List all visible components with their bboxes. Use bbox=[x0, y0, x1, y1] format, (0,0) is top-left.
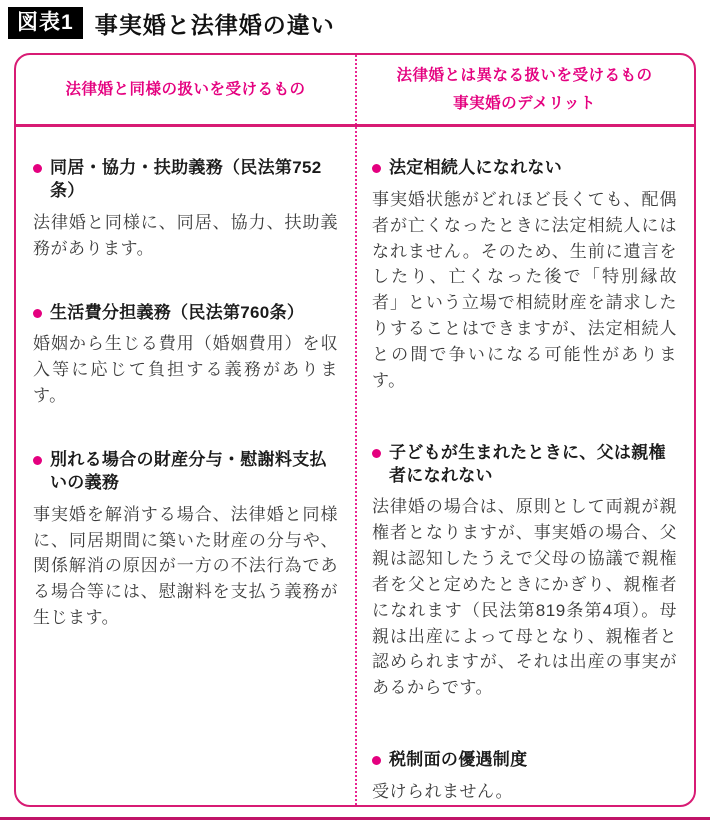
bullet-icon bbox=[33, 164, 42, 173]
bottom-divider bbox=[0, 817, 710, 820]
item-heading: 子どもが生まれたときに、父は親権者になれない bbox=[372, 442, 677, 488]
item-body: 受けられません。 bbox=[372, 779, 677, 805]
item-heading-text: 子どもが生まれたときに、父は親権者になれない bbox=[389, 442, 677, 488]
right-column: 法定相続人になれない 事実婚状態がどれほど長くても、配偶者が亡くなったときに法定… bbox=[355, 127, 694, 805]
left-header-label: 法律婚と同様の扱いを受けるもの bbox=[65, 76, 305, 103]
bullet-icon bbox=[372, 164, 381, 173]
item-heading-text: 別れる場合の財産分与・慰謝料支払いの義務 bbox=[50, 449, 338, 495]
figure-title-row: 図表1 事実婚と法律婚の違い bbox=[0, 0, 710, 40]
bullet-icon bbox=[372, 449, 381, 458]
item-heading-text: 税制面の優遇制度 bbox=[389, 749, 527, 772]
item-body: 事実婚を解消する場合、法律婚と同様に、同居期間に築いた財産の分与や、関係解消の原… bbox=[33, 502, 338, 631]
item-heading: 同居・協力・扶助義務（民法第752条） bbox=[33, 157, 338, 203]
item-body: 婚姻から生じる費用（婚姻費用）を収入等に応じて負担する義務があります。 bbox=[33, 331, 338, 408]
bullet-icon bbox=[33, 456, 42, 465]
right-header-line1: 法律婚とは異なる扱いを受けるもの bbox=[396, 62, 652, 89]
page-title: 事実婚と法律婚の違い bbox=[95, 7, 335, 40]
left-column-header: 法律婚と同様の扱いを受けるもの bbox=[16, 55, 355, 124]
item-heading: 別れる場合の財産分与・慰謝料支払いの義務 bbox=[33, 449, 338, 495]
bullet-icon bbox=[33, 309, 42, 318]
right-column-header: 法律婚とは異なる扱いを受けるもの 事実婚のデメリット bbox=[355, 55, 694, 124]
item-heading-text: 生活費分担義務（民法第760条） bbox=[50, 302, 304, 325]
item-heading: 生活費分担義務（民法第760条） bbox=[33, 302, 338, 325]
item-body: 事実婚状態がどれほど長くても、配偶者が亡くなったときに法定相続人にはなれません。… bbox=[372, 187, 677, 394]
left-column: 同居・協力・扶助義務（民法第752条） 法律婚と同様に、同居、協力、扶助義務があ… bbox=[16, 127, 355, 805]
right-header-line2: 事実婚のデメリット bbox=[453, 90, 596, 117]
column-divider bbox=[355, 55, 357, 805]
list-item: 別れる場合の財産分与・慰謝料支払いの義務 事実婚を解消する場合、法律婚と同様に、… bbox=[33, 449, 338, 631]
item-heading-text: 同居・協力・扶助義務（民法第752条） bbox=[50, 157, 338, 203]
figure-number-badge: 図表1 bbox=[8, 7, 83, 39]
bullet-icon bbox=[372, 756, 381, 765]
item-body: 法律婚と同様に、同居、協力、扶助義務があります。 bbox=[33, 210, 338, 262]
item-body: 法律婚の場合は、原則として両親が親権者となりますが、事実婚の場合、父親は認知した… bbox=[372, 494, 677, 701]
item-heading: 税制面の優遇制度 bbox=[372, 749, 677, 772]
list-item: 子どもが生まれたときに、父は親権者になれない 法律婚の場合は、原則として両親が親… bbox=[372, 442, 677, 702]
item-heading-text: 法定相続人になれない bbox=[389, 157, 562, 180]
list-item: 生活費分担義務（民法第760条） 婚姻から生じる費用（婚姻費用）を収入等に応じて… bbox=[33, 302, 338, 409]
comparison-table: 法律婚と同様の扱いを受けるもの 法律婚とは異なる扱いを受けるもの 事実婚のデメリ… bbox=[14, 53, 696, 807]
item-heading: 法定相続人になれない bbox=[372, 157, 677, 180]
list-item: 同居・協力・扶助義務（民法第752条） 法律婚と同様に、同居、協力、扶助義務があ… bbox=[33, 157, 338, 262]
list-item: 法定相続人になれない 事実婚状態がどれほど長くても、配偶者が亡くなったときに法定… bbox=[372, 157, 677, 394]
list-item: 税制面の優遇制度 受けられません。 bbox=[372, 749, 677, 805]
